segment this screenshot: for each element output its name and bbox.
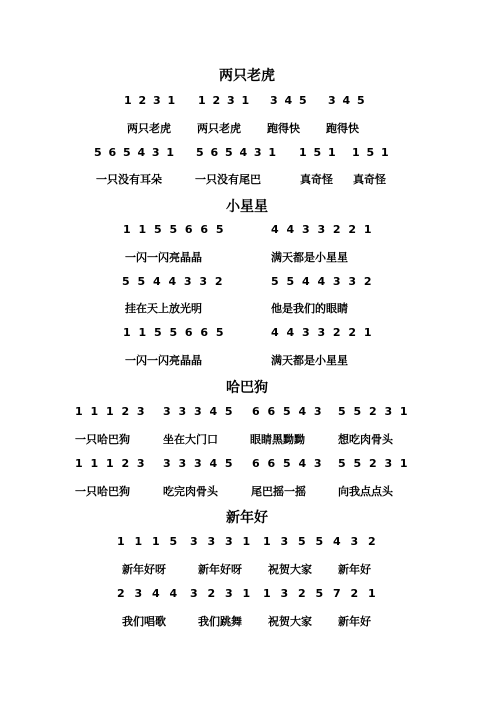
lyrics-cell: 吃完肉骨头 [163, 483, 218, 499]
notes-cell: 5 6 5 4 3 1 [94, 146, 174, 159]
lyrics-cell: 我们跳舞 [198, 613, 242, 629]
notes-cell: 3 3 3 4 5 [163, 457, 233, 470]
lyrics-cell: 真奇怪 [300, 171, 333, 187]
notes-cell: 1 5 1 [299, 146, 336, 159]
lyrics-cell: 他是我们的眼睛 [271, 300, 348, 316]
notes-cell: 3 2 3 1 [190, 587, 250, 600]
lyrics-cell: 祝贺大家 [268, 561, 312, 577]
lyrics-cell: 两只老虎 [127, 120, 171, 136]
lyrics-cell: 新年好 [338, 613, 371, 629]
song-title: 两只老虎 [219, 65, 275, 85]
lyrics-cell: 新年好呀 [122, 561, 166, 577]
lyrics-cell: 跑得快 [267, 120, 300, 136]
lyrics-cell: 眼睛黑黝黝 [250, 431, 305, 447]
song-title: 哈巴狗 [226, 377, 268, 397]
lyrics-cell: 一只哈巴狗 [75, 431, 130, 447]
notes-cell: 4 3 2 [333, 535, 376, 548]
lyrics-cell: 想吃肉骨头 [338, 431, 393, 447]
notes-cell: 5 5 2 3 1 [338, 457, 408, 470]
notes-cell: 1 1 1 2 3 [75, 457, 145, 470]
lyrics-cell: 向我点点头 [338, 483, 393, 499]
lyrics-cell: 一闪一闪亮晶晶 [125, 352, 202, 368]
notes-cell: 1 2 3 1 [124, 94, 175, 107]
lyrics-cell: 一只没有耳朵 [96, 171, 162, 187]
lyrics-cell: 满天都是小星星 [271, 352, 348, 368]
lyrics-cell: 一只没有尾巴 [195, 171, 261, 187]
notes-cell: 5 5 4 4 3 3 2 [271, 275, 372, 288]
song-title: 新年好 [226, 507, 268, 527]
lyrics-cell: 两只老虎 [197, 120, 241, 136]
lyrics-cell: 我们唱歌 [122, 613, 166, 629]
notes-cell: 1 5 1 [352, 146, 389, 159]
lyrics-cell: 满天都是小星星 [271, 249, 348, 265]
notes-cell: 2 3 4 4 [117, 587, 177, 600]
notes-cell: 4 4 3 3 2 2 1 [271, 223, 372, 236]
lyrics-cell: 新年好 [338, 561, 371, 577]
notes-cell: 3 3 3 1 [190, 535, 250, 548]
notes-cell: 3 3 3 4 5 [163, 405, 233, 418]
notes-cell: 1 1 1 5 [117, 535, 177, 548]
notes-cell: 5 6 5 4 3 1 [196, 146, 276, 159]
lyrics-cell: 真奇怪 [353, 171, 386, 187]
lyrics-cell: 一只哈巴狗 [75, 483, 130, 499]
notes-cell: 1 2 3 1 [198, 94, 249, 107]
notes-cell: 6 6 5 4 3 [252, 405, 322, 418]
notes-cell: 6 6 5 4 3 [252, 457, 322, 470]
notes-cell: 1 3 2 5 [263, 587, 323, 600]
lyrics-cell: 跑得快 [326, 120, 359, 136]
notes-cell: 5 5 4 4 3 3 2 [122, 275, 223, 288]
lyrics-cell: 挂在天上放光明 [125, 300, 202, 316]
song-title: 小星星 [226, 196, 268, 216]
lyrics-cell: 新年好呀 [198, 561, 242, 577]
notes-cell: 5 5 2 3 1 [338, 405, 408, 418]
notes-cell: 7 2 1 [333, 587, 376, 600]
lyrics-cell: 祝贺大家 [268, 613, 312, 629]
notes-cell: 3 4 5 [328, 94, 365, 107]
notes-cell: 3 4 5 [270, 94, 307, 107]
lyrics-cell: 尾巴摇一摇 [251, 483, 306, 499]
lyrics-cell: 一闪一闪亮晶晶 [125, 249, 202, 265]
lyrics-cell: 坐在大门口 [163, 431, 218, 447]
notes-cell: 1 1 5 5 6 6 5 [123, 326, 224, 339]
notes-cell: 4 4 3 3 2 2 1 [271, 326, 372, 339]
notes-cell: 1 1 1 2 3 [75, 405, 145, 418]
notes-cell: 1 3 5 5 [263, 535, 323, 548]
notes-cell: 1 1 5 5 6 6 5 [123, 223, 224, 236]
